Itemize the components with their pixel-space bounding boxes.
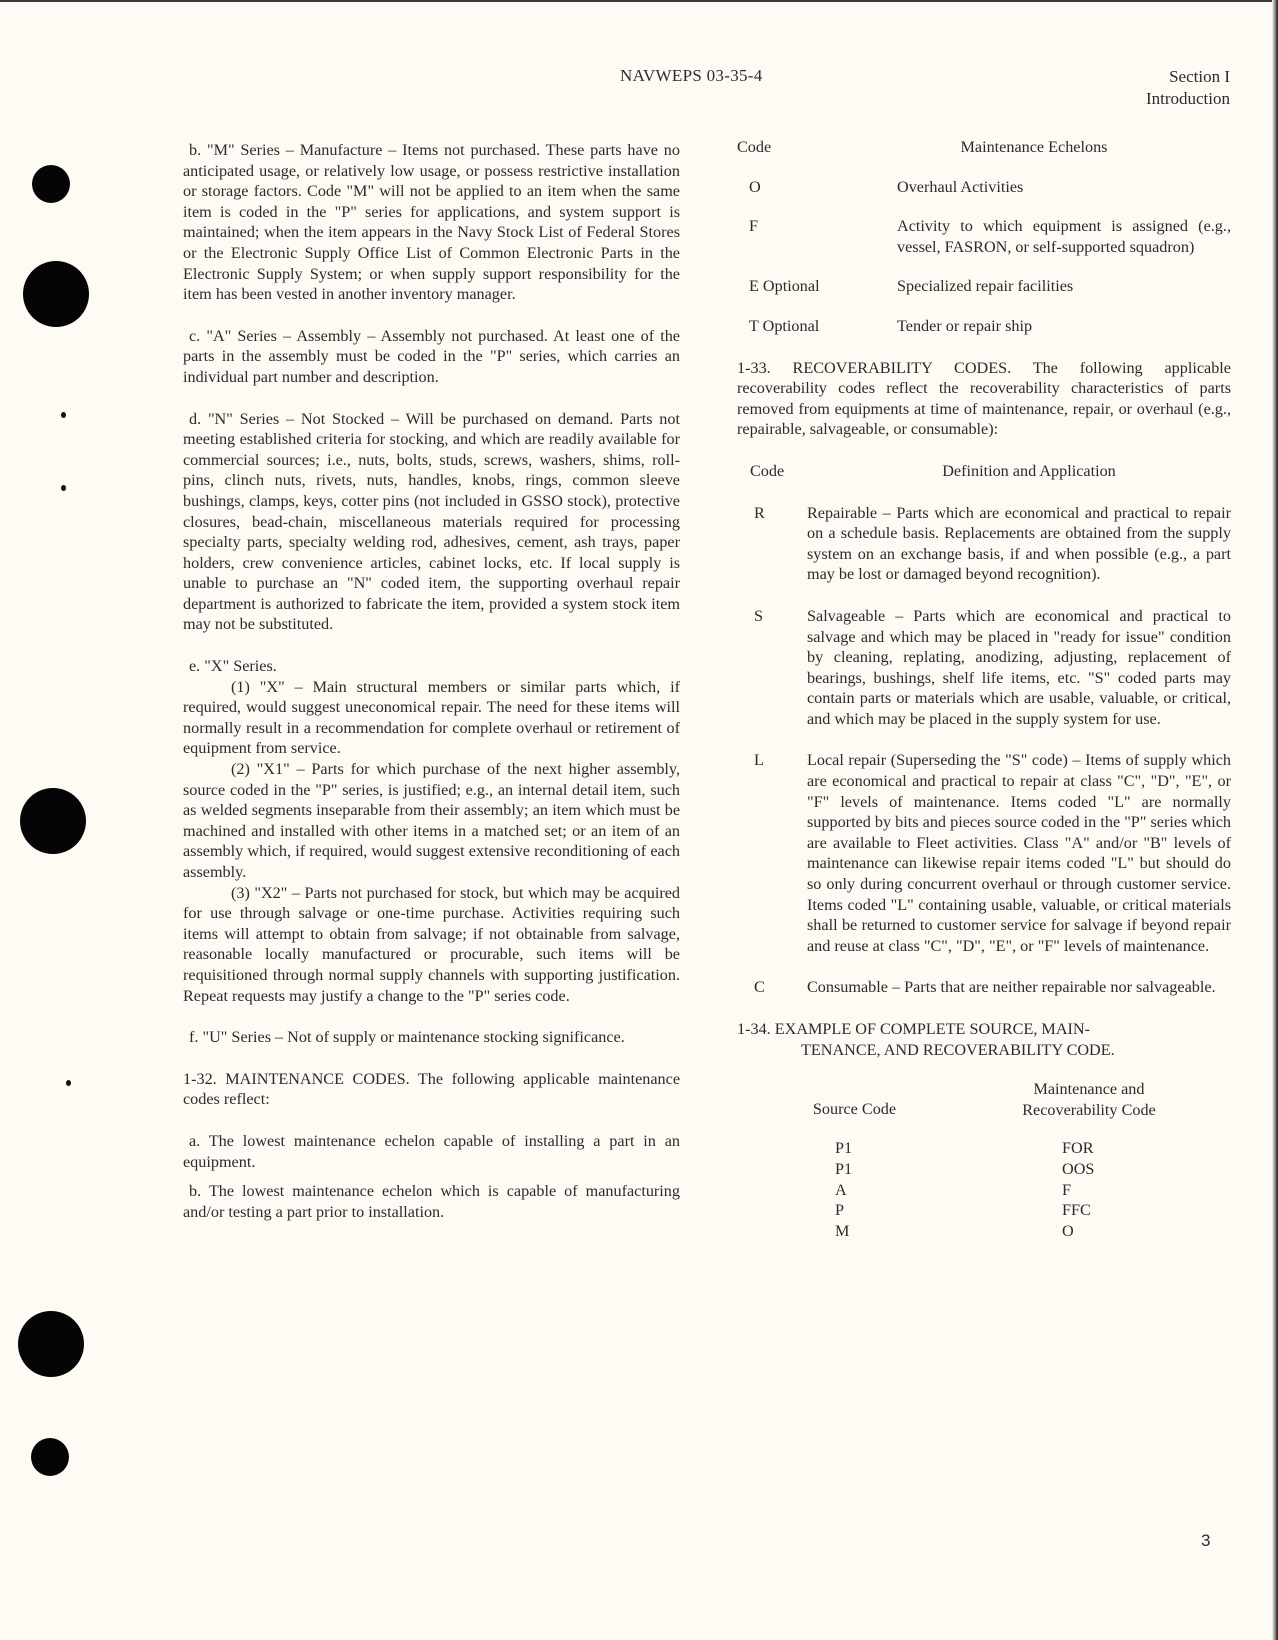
margin-speck-icon bbox=[61, 485, 66, 491]
maint-desc: Tender or repair ship bbox=[897, 316, 1231, 337]
example-table-row: M O bbox=[737, 1221, 1231, 1242]
binder-hole-icon bbox=[32, 165, 70, 203]
page-number: 3 bbox=[1201, 1531, 1210, 1551]
maint-desc: Specialized repair facilities bbox=[897, 276, 1231, 297]
recoverability-row: R Repairable – Parts which are economica… bbox=[737, 503, 1231, 585]
recoverability-desc: Consumable – Parts that are neither repa… bbox=[807, 977, 1231, 998]
recoverability-code: L bbox=[737, 750, 807, 956]
recoverability-desc: Local repair (Superseding the "S" code) … bbox=[807, 750, 1231, 956]
col-header-echelons: Maintenance Echelons bbox=[837, 137, 1231, 158]
source-code: P1 bbox=[737, 1159, 987, 1180]
mrc-code: OOS bbox=[987, 1159, 1231, 1180]
recoverability-row: C Consumable – Parts that are neither re… bbox=[737, 977, 1231, 998]
recoverability-row: S Salvageable – Parts which are economic… bbox=[737, 606, 1231, 730]
mrc-code: FFC bbox=[987, 1200, 1231, 1221]
section-header: Section I Introduction bbox=[1146, 66, 1230, 110]
example-table-row: P1 OOS bbox=[737, 1159, 1231, 1180]
paragraph-x-series-title: e. "X" Series. bbox=[183, 656, 680, 677]
paragraph-maint-a: a. The lowest maintenance echelon capabl… bbox=[183, 1131, 680, 1172]
paragraph-a-series: c. "A" Series – Assembly – Assembly not … bbox=[183, 326, 680, 388]
paragraph-x-code: (1) "X" – Main structural members or sim… bbox=[183, 677, 680, 759]
binder-hole-icon bbox=[31, 1438, 69, 1476]
binder-hole-icon bbox=[23, 261, 89, 327]
maint-desc: Overhaul Activities bbox=[897, 177, 1231, 198]
recoverability-code: C bbox=[737, 977, 807, 998]
maint-code: T Optional bbox=[737, 316, 897, 337]
recoverability-row: L Local repair (Superseding the "S" code… bbox=[737, 750, 1231, 956]
heading-maintenance-codes: 1-32. MAINTENANCE CODES. The following a… bbox=[183, 1069, 680, 1110]
section-title: Introduction bbox=[1146, 88, 1230, 110]
example-table-row: P1 FOR bbox=[737, 1138, 1231, 1159]
source-code: A bbox=[737, 1180, 987, 1201]
recoverability-desc: Repairable – Parts which are economical … bbox=[807, 503, 1231, 585]
mrc-code: F bbox=[987, 1180, 1231, 1201]
source-code: P1 bbox=[737, 1138, 987, 1159]
heading-recoverability-codes: 1-33. RECOVERABILITY CODES. The followin… bbox=[737, 358, 1231, 440]
maintenance-table-header: Code Maintenance Echelons bbox=[737, 137, 1231, 158]
paragraph-m-series: b. "M" Series – Manufacture – Items not … bbox=[183, 140, 680, 305]
paragraph-u-series: f. "U" Series – Not of supply or mainten… bbox=[183, 1027, 680, 1048]
mrc-code: O bbox=[987, 1221, 1231, 1242]
col-header-code: Code bbox=[737, 461, 857, 482]
col-header-definition: Definition and Application bbox=[857, 461, 1231, 482]
maintenance-table-row: O Overhaul Activities bbox=[737, 177, 1231, 198]
example-title-line: 1-34. EXAMPLE OF COMPLETE SOURCE, MAIN- bbox=[737, 1019, 1231, 1040]
source-code: P bbox=[737, 1200, 987, 1221]
col-header-code: Code bbox=[737, 137, 837, 158]
binder-hole-icon bbox=[18, 1311, 84, 1377]
margin-speck-icon bbox=[66, 1080, 71, 1086]
source-code: M bbox=[737, 1221, 987, 1242]
example-title-line: TENANCE, AND RECOVERABILITY CODE. bbox=[737, 1040, 1231, 1061]
paragraph-x2-code: (3) "X2" – Parts not purchased for stock… bbox=[183, 883, 680, 1007]
maintenance-table-row: F Activity to which equipment is assigne… bbox=[737, 216, 1231, 257]
binder-hole-icon bbox=[20, 788, 86, 854]
maint-code: O bbox=[737, 177, 897, 198]
paragraph-maint-b: b. The lowest maintenance echelon which … bbox=[183, 1181, 680, 1222]
margin-speck-icon bbox=[61, 412, 66, 418]
example-table-row: A F bbox=[737, 1180, 1231, 1201]
paragraph-n-series: d. "N" Series – Not Stocked – Will be pu… bbox=[183, 409, 680, 636]
recoverability-desc: Salvageable – Parts which are economical… bbox=[807, 606, 1231, 730]
left-column: b. "M" Series – Manufacture – Items not … bbox=[183, 140, 680, 1222]
col-header-mrc: Maintenance and Recoverability Code bbox=[947, 1079, 1231, 1120]
recoverability-table-header: Code Definition and Application bbox=[737, 461, 1231, 482]
example-table-row: P FFC bbox=[737, 1200, 1231, 1221]
heading-example-codes: 1-34. EXAMPLE OF COMPLETE SOURCE, MAIN- … bbox=[737, 1019, 1231, 1060]
maintenance-table-row: T Optional Tender or repair ship bbox=[737, 316, 1231, 337]
section-label: Section I bbox=[1146, 66, 1230, 88]
page-right-edge bbox=[1272, 0, 1278, 1640]
paragraph-x1-code: (2) "X1" – Parts for which purchase of t… bbox=[183, 759, 680, 883]
maint-code: F bbox=[737, 216, 897, 257]
example-table-header: Source Code Maintenance and Recoverabili… bbox=[737, 1079, 1231, 1120]
maintenance-table-row: E Optional Specialized repair facilities bbox=[737, 276, 1231, 297]
recoverability-code: S bbox=[737, 606, 807, 730]
page-top-edge bbox=[0, 0, 1278, 2]
col-header-source-code: Source Code bbox=[737, 1079, 947, 1120]
maint-code: E Optional bbox=[737, 276, 897, 297]
maint-desc: Activity to which equipment is assigned … bbox=[897, 216, 1231, 257]
document-number: NAVWEPS 03-35-4 bbox=[620, 66, 763, 86]
mrc-code: FOR bbox=[987, 1138, 1231, 1159]
col-header-mrc-line: Maintenance and bbox=[947, 1079, 1231, 1100]
recoverability-code: R bbox=[737, 503, 807, 585]
col-header-mrc-line: Recoverability Code bbox=[947, 1100, 1231, 1121]
right-column: Code Maintenance Echelons O Overhaul Act… bbox=[737, 137, 1231, 1241]
